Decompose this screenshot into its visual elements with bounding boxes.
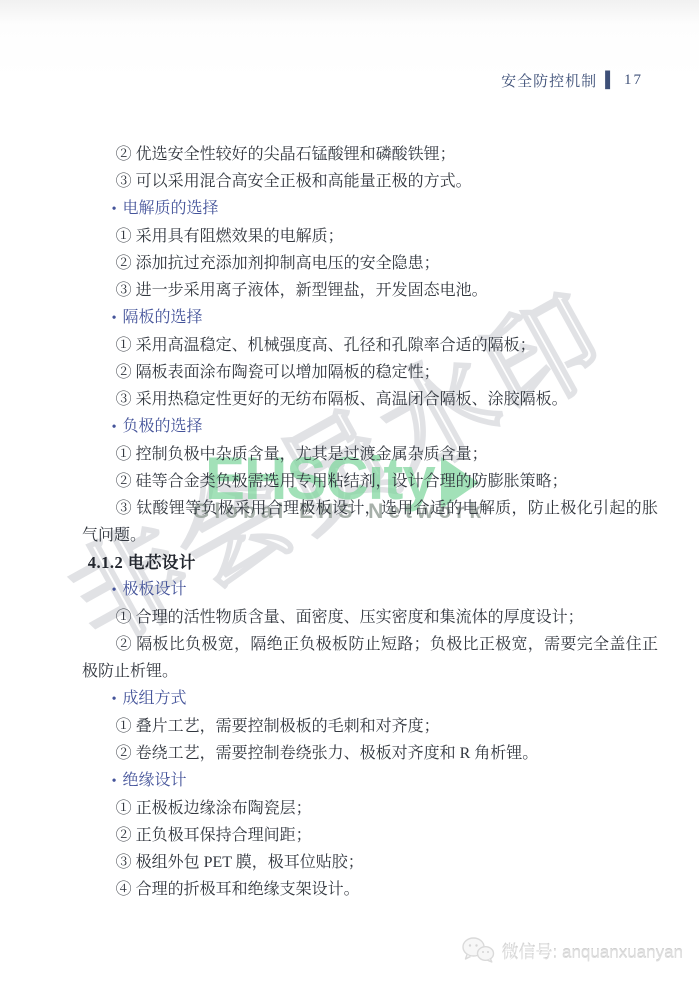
body-paragraph: ① 叠片工艺，需要控制极板的毛刺和对齐度； (82, 713, 658, 740)
body-paragraph: ③ 进一步采用离子液体，新型锂盐，开发固态电池。 (82, 277, 658, 304)
bullet-heading-label: 极板设计 (123, 581, 187, 598)
body-paragraph: ② 硅等合金类负极需选用专用粘结剂，设计合理的防膨胀策略； (82, 468, 658, 495)
bullet-icon: • (112, 583, 117, 598)
body-paragraph: ② 优选安全性较好的尖晶石锰酸锂和磷酸铁锂； (82, 141, 658, 168)
body-paragraph: ② 添加抗过充添加剂抑制高电压的安全隐患； (82, 250, 658, 277)
bullet-heading: •负极的选择 (82, 413, 658, 441)
header-section-title: 安全防控机制 (501, 70, 597, 91)
body-paragraph: ③ 极组外包 PET 膜，极耳位贴胶； (82, 849, 658, 876)
wechat-icon (461, 936, 495, 964)
bullet-heading-label: 成组方式 (123, 690, 187, 707)
body-paragraph: ② 正负极耳保持合理间距； (82, 822, 658, 849)
page-header: 安全防控机制 ▌ 17 (501, 70, 643, 91)
bullet-heading: •电解质的选择 (82, 195, 658, 223)
bullet-heading-label: 电解质的选择 (123, 200, 219, 217)
wechat-id-label: 微信号: anquanxuanyan (502, 938, 683, 963)
body-paragraph: ① 控制负极中杂质含量，尤其是过渡金属杂质含量； (82, 441, 658, 468)
bullet-icon: • (112, 692, 117, 707)
section-heading: 4.1.2 电芯设计 (82, 549, 658, 576)
body-paragraph: ① 正极板边缘涂布陶瓷层； (82, 795, 658, 822)
body-paragraph: ② 卷绕工艺，需要控制卷绕张力、极板对齐度和 R 角析锂。 (82, 740, 658, 767)
header-separator-bar: ▌ (605, 73, 616, 88)
bullet-icon: • (112, 311, 117, 326)
bullet-heading-label: 隔板的选择 (123, 309, 203, 326)
bullet-icon: • (112, 774, 117, 789)
bullet-heading-label: 负极的选择 (123, 418, 203, 435)
document-page: 非会员水印 EHSCity Global EHS Network 安全防控机制 … (0, 0, 699, 982)
bullet-icon: • (112, 202, 117, 217)
body-paragraph: ① 采用具有阻燃效果的电解质； (82, 223, 658, 250)
header-page-number: 17 (624, 72, 643, 89)
body-paragraph: ④ 合理的折极耳和绝缘支架设计。 (82, 876, 658, 903)
page-footer: 微信号: anquanxuanyan (461, 936, 683, 964)
body-paragraph: ③ 采用热稳定性更好的无纺布隔板、高温闭合隔板、涂胶隔板。 (82, 386, 658, 413)
bullet-heading: •隔板的选择 (82, 304, 658, 332)
bullet-heading: •极板设计 (82, 576, 658, 604)
page-body: ② 优选安全性较好的尖晶石锰酸锂和磷酸铁锂； ③ 可以采用混合高安全正极和高能量… (82, 141, 658, 903)
body-paragraph: ② 隔板比负极宽，隔绝正负极板防止短路；负极比正极宽，需要完全盖住正极防止析锂。 (82, 631, 658, 685)
body-paragraph: ③ 可以采用混合高安全正极和高能量正极的方式。 (82, 168, 658, 195)
bullet-heading: •绝缘设计 (82, 767, 658, 795)
body-paragraph: ② 隔板表面涂布陶瓷可以增加隔板的稳定性； (82, 359, 658, 386)
bullet-heading-label: 绝缘设计 (123, 772, 187, 789)
bullet-icon: • (112, 420, 117, 435)
body-paragraph: ① 采用高温稳定、机械强度高、孔径和孔隙率合适的隔板； (82, 332, 658, 359)
body-paragraph: ① 合理的活性物质含量、面密度、压实密度和集流体的厚度设计； (82, 604, 658, 631)
bullet-heading: •成组方式 (82, 685, 658, 713)
body-paragraph: ③ 钛酸锂等负极采用合理极板设计，选用合适的电解质，防止极化引起的胀气问题。 (82, 495, 658, 549)
